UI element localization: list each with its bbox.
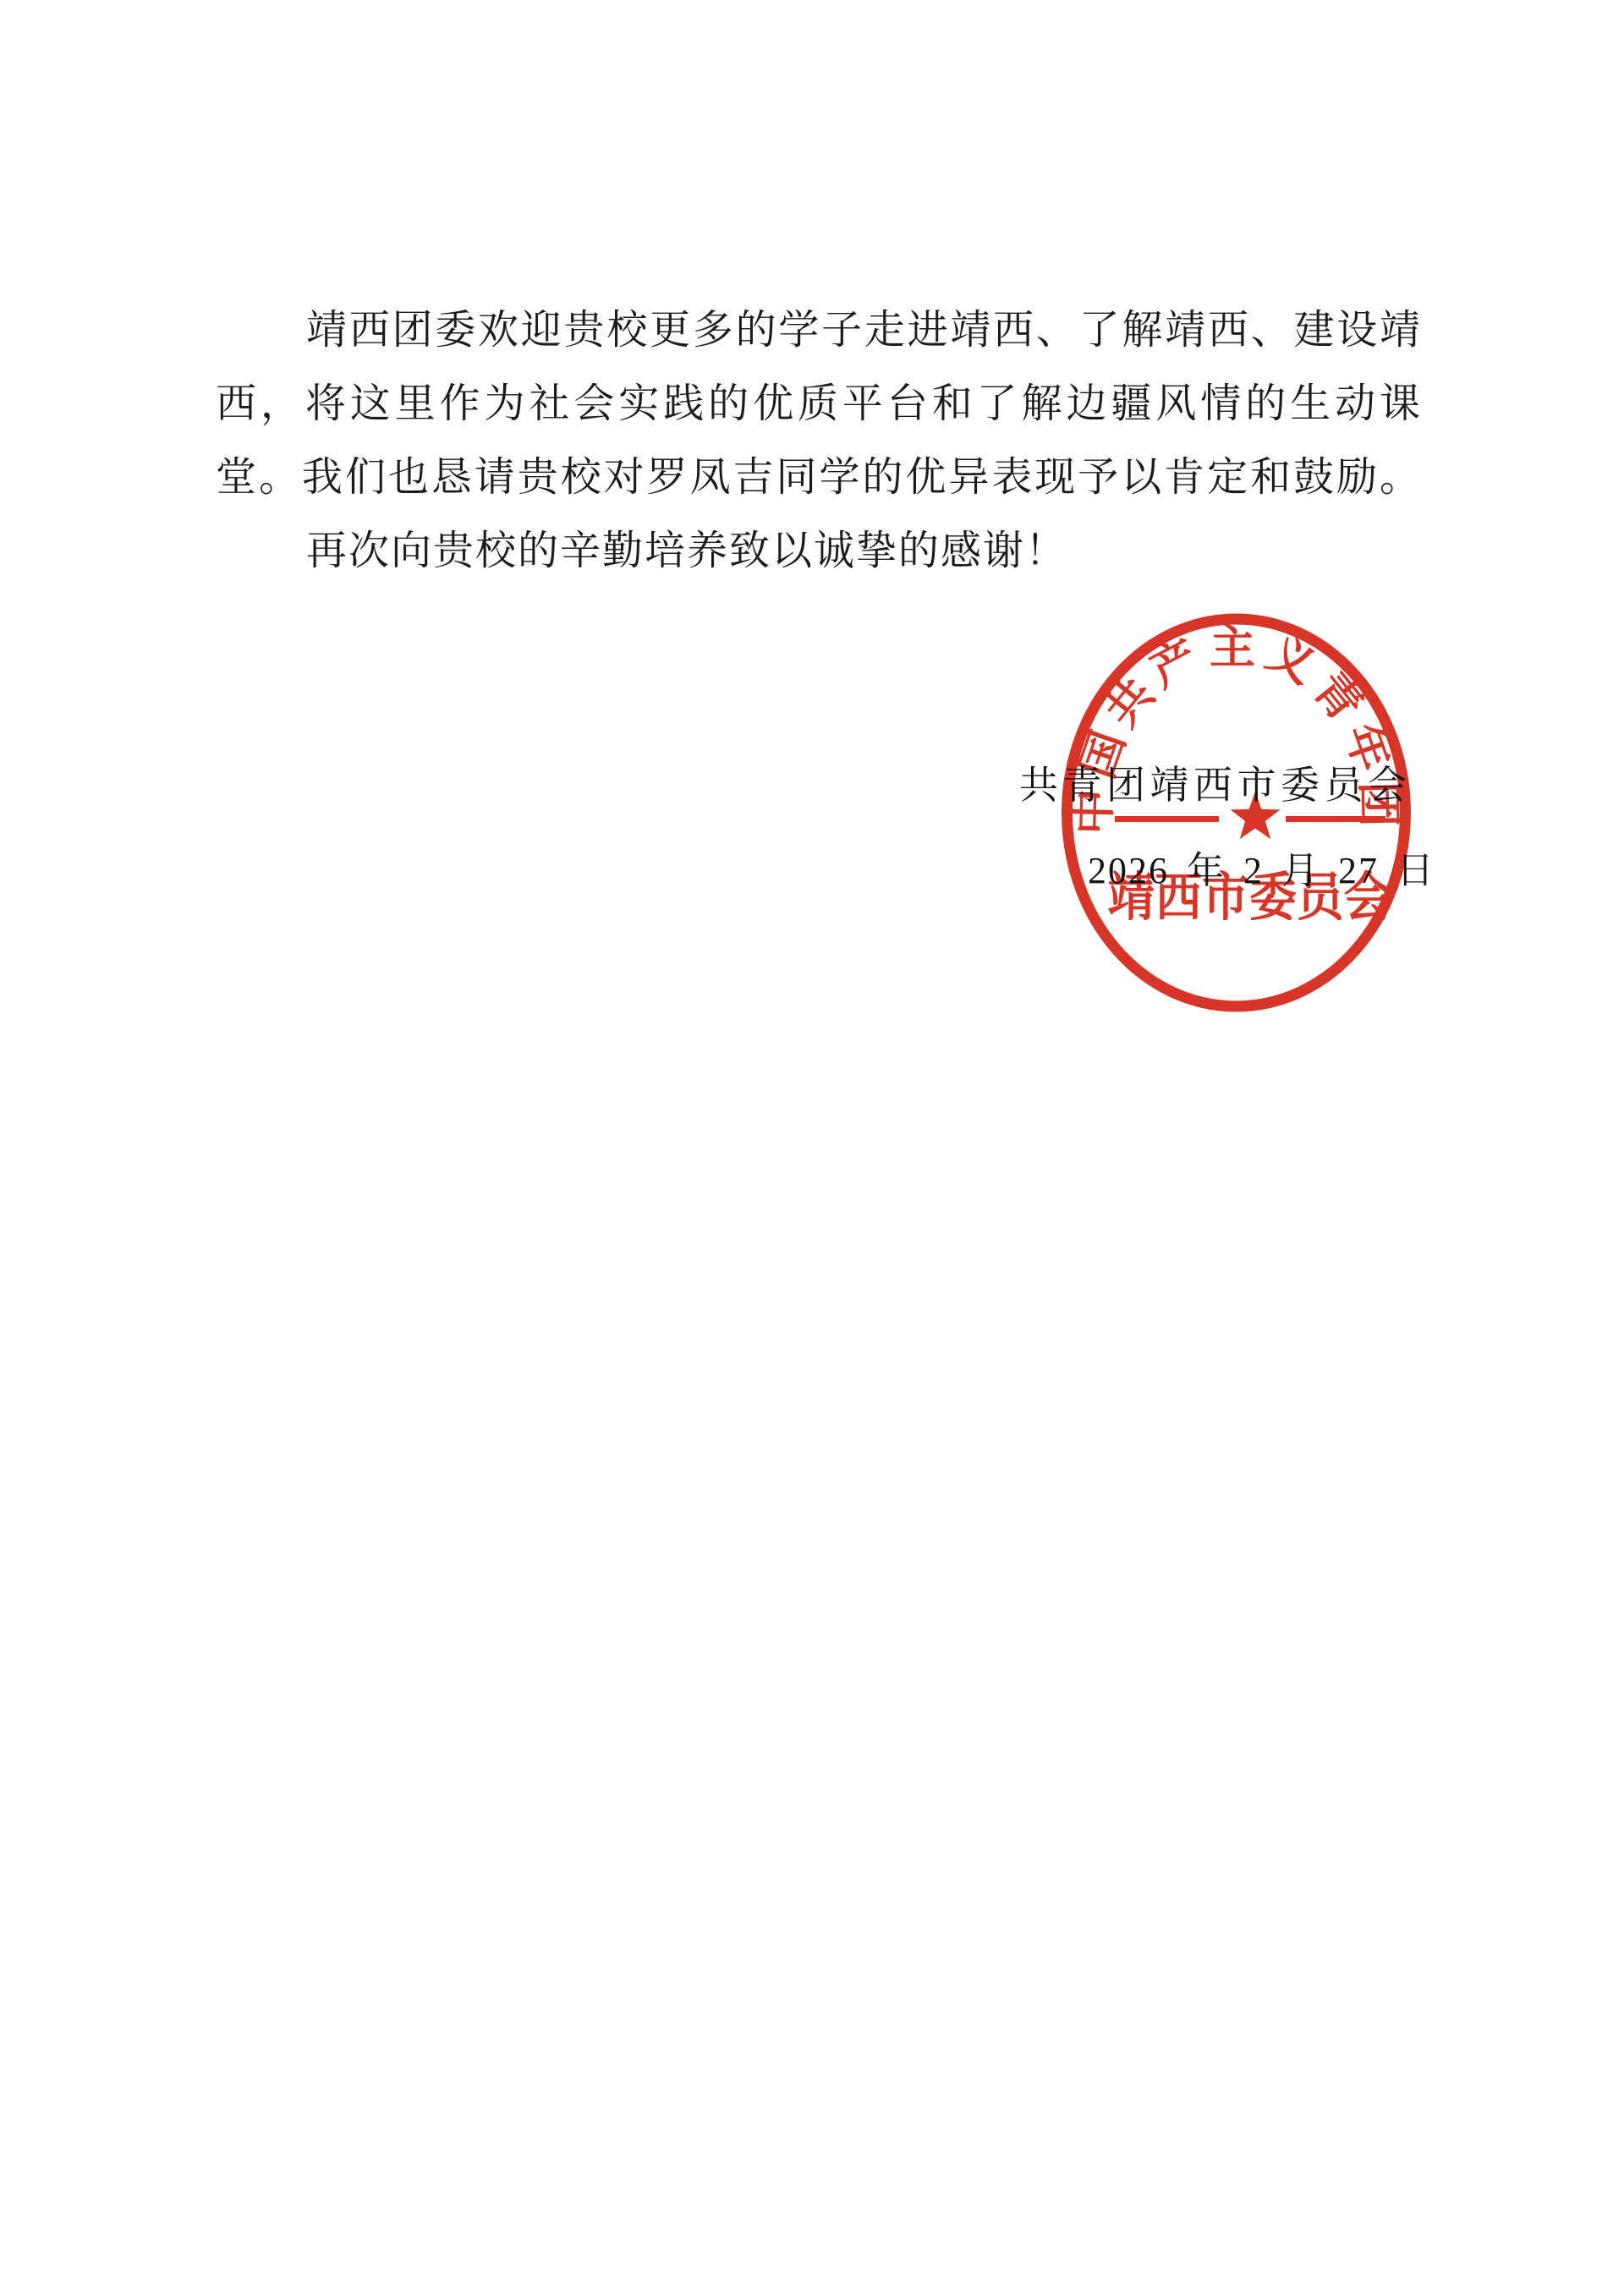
seal-bar-left [1115, 816, 1219, 822]
seal-arc-text: 中国共产主义青年团 [1068, 622, 1404, 836]
scanned-letter: 靖西团委欢迎贵校更多的学子走进靖西、了解靖西、建设靖 西，将这里作为社会实践的优… [0, 0, 1624, 2296]
body-line: 堂。我们也恳请贵校对罗凤吉同学的优异表现予以肯定和鼓励。 [216, 441, 1422, 514]
letter-page: { "page": { "background": "#ffffff" }, "… [0, 0, 1624, 2296]
body-line: 再次向贵校的辛勤培养致以诚挚的感谢！ [216, 514, 1422, 588]
body-line: 西，将这里作为社会实践的优质平台和了解边疆风情的生动课 [216, 367, 1422, 441]
official-seal-stamp: 中国共产主义青年团 靖西市委员会 [1057, 607, 1415, 1018]
seal-graphic: 中国共产主义青年团 靖西市委员会 [1057, 607, 1415, 1018]
red-star-icon [1231, 792, 1281, 839]
seal-bar-right [1286, 816, 1385, 822]
letter-body: 靖西团委欢迎贵校更多的学子走进靖西、了解靖西、建设靖 西，将这里作为社会实践的优… [216, 293, 1422, 588]
body-line: 靖西团委欢迎贵校更多的学子走进靖西、了解靖西、建设靖 [216, 293, 1422, 367]
seal-bottom-text: 靖西市委员会 [1108, 869, 1391, 927]
seal-arc-text-row: 中国共产主义青年团 [1068, 622, 1404, 836]
